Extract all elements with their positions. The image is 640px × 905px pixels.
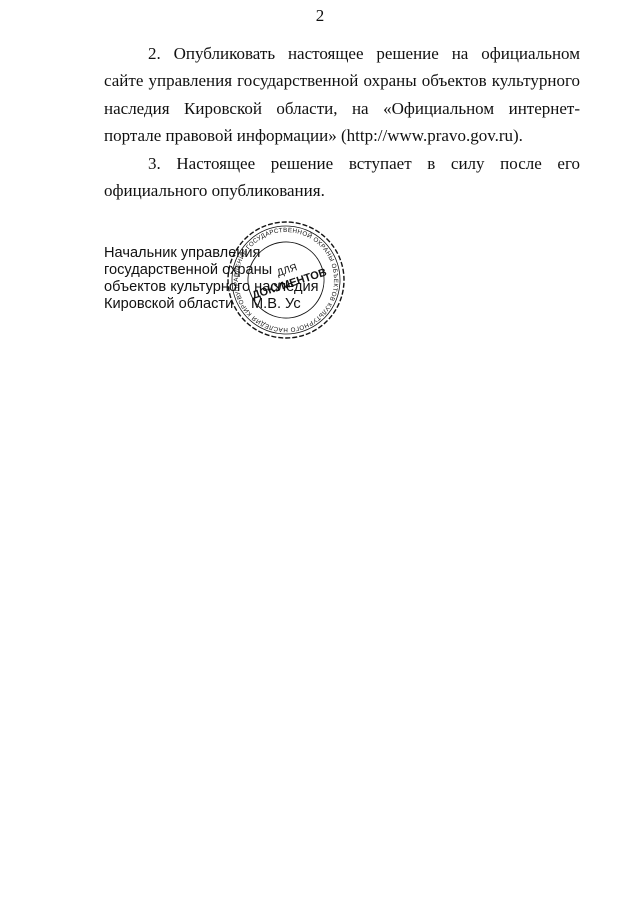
decision-body: 2. Опубликовать настоящее решение на офи… [104, 40, 580, 204]
document-page: 2 2. Опубликовать настоящее решение на о… [0, 0, 640, 905]
official-stamp-icon: УПРАВЛЕНИЕ ГОСУДАРСТВЕННОЙ ОХРАНЫ ОБЪЕКТ… [224, 218, 348, 342]
page-number: 2 [0, 6, 640, 26]
paragraph-2-publication: 2. Опубликовать настоящее решение на офи… [104, 40, 580, 150]
paragraph-3-entry-into-force: 3. Настоящее решение вступает в силу пос… [104, 150, 580, 205]
